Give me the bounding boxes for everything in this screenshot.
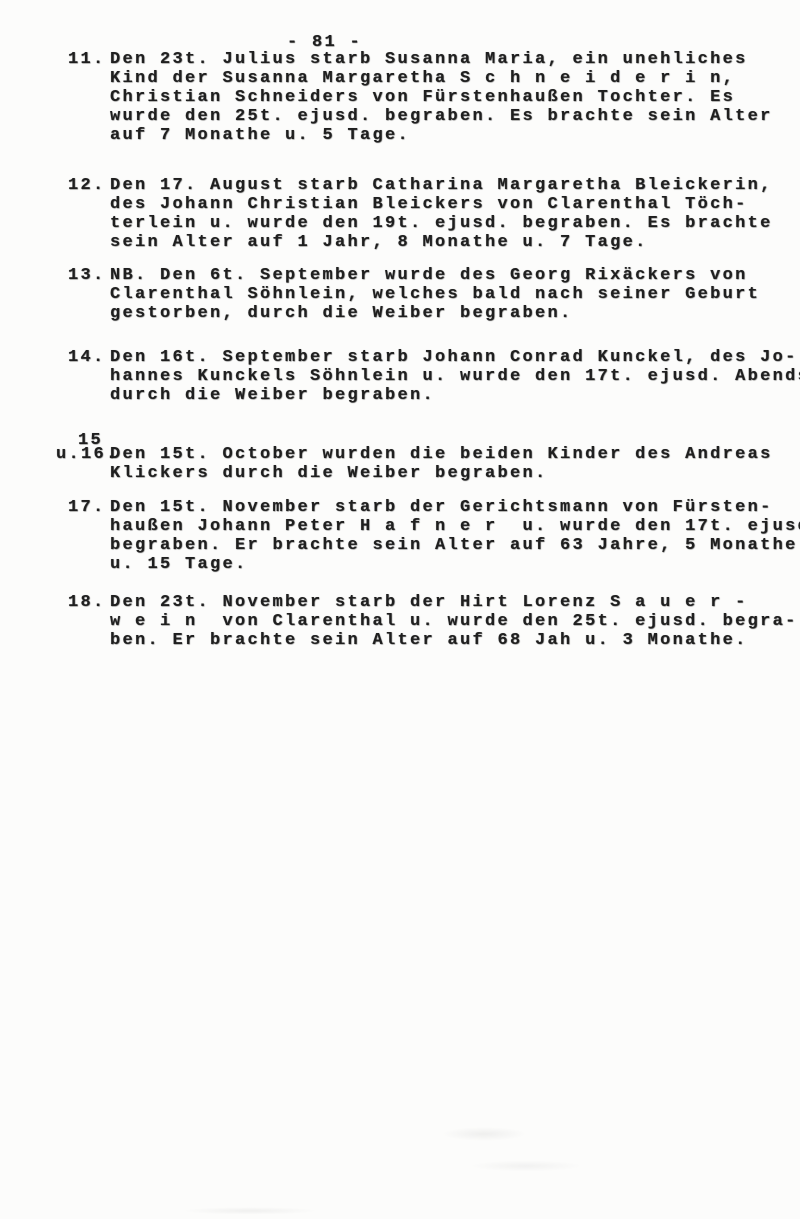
record-entry: 13.NB. Den 6t. September wurde des Georg… bbox=[68, 266, 768, 323]
entry-number-label: 11. bbox=[68, 50, 106, 69]
entry-text-line: des Johann Christian Bleickers von Clare… bbox=[110, 195, 773, 214]
entry-text: Den 15t. October wurden die beiden Kinde… bbox=[110, 445, 773, 483]
entry-text-line: Kind der Susanna Margaretha S c h n e i … bbox=[110, 69, 773, 88]
entry-text-line: Den 15t. October wurden die beiden Kinde… bbox=[110, 445, 773, 464]
entry-number: 13. bbox=[68, 266, 110, 285]
entry-number: 18. bbox=[68, 593, 110, 612]
scan-noise bbox=[120, 1200, 380, 1218]
record-entry: 12.Den 17. August starb Catharina Margar… bbox=[68, 176, 768, 252]
entry-text-line: haußen Johann Peter H a f n e r u. wurde… bbox=[110, 517, 800, 536]
entry-number-label: 12. bbox=[68, 176, 106, 195]
entry-number-label: 13. bbox=[68, 266, 106, 285]
entry-text-line: Den 15t. November starb der Gerichtsmann… bbox=[110, 498, 800, 517]
entry-text-line: wurde den 25t. ejusd. begraben. Es brach… bbox=[110, 107, 773, 126]
entry-text-line: Klickers durch die Weiber begraben. bbox=[110, 464, 773, 483]
entry-text-line: w e i n von Clarenthal u. wurde den 25t.… bbox=[110, 612, 798, 631]
entry-text-line: durch die Weiber begraben. bbox=[110, 386, 800, 405]
scan-noise bbox=[400, 1110, 610, 1190]
entry-text-line: hannes Kunckels Söhnlein u. wurde den 17… bbox=[110, 367, 800, 386]
entry-number-label: 14. bbox=[68, 348, 106, 367]
record-entry: 17.Den 15t. November starb der Gerichtsm… bbox=[68, 498, 768, 574]
entry-text-line: ben. Er brachte sein Alter auf 68 Jah u.… bbox=[110, 631, 798, 650]
entry-text-line: gestorben, durch die Weiber begraben. bbox=[110, 304, 768, 323]
record-entry: 18.Den 23t. November starb der Hirt Lore… bbox=[68, 593, 768, 650]
entry-text-line: auf 7 Monathe u. 5 Tage. bbox=[110, 126, 773, 145]
entry-number: 12. bbox=[68, 176, 110, 195]
entry-text-line: Den 23t. November starb der Hirt Lorenz … bbox=[110, 593, 798, 612]
record-entry: 15u.16.Den 15t. October wurden die beide… bbox=[68, 445, 768, 483]
entry-text: NB. Den 6t. September wurde des Georg Ri… bbox=[110, 266, 768, 323]
entry-text-line: sein Alter auf 1 Jahr, 8 Monathe u. 7 Ta… bbox=[110, 233, 773, 252]
entry-number: 11. bbox=[68, 50, 110, 69]
entry-text-line: u. 15 Tage. bbox=[110, 555, 800, 574]
entry-text-line: terlein u. wurde den 19t. ejusd. begrabe… bbox=[110, 214, 773, 233]
entry-text-line: Den 23t. Julius starb Susanna Maria, ein… bbox=[110, 50, 773, 69]
entry-text-line: Christian Schneiders von Fürstenhaußen T… bbox=[110, 88, 773, 107]
document-page: - 81 - 11.Den 23t. Julius starb Susanna … bbox=[0, 0, 800, 1219]
entry-text: Den 23t. Julius starb Susanna Maria, ein… bbox=[110, 50, 773, 145]
entry-text: Den 17. August starb Catharina Margareth… bbox=[110, 176, 773, 252]
record-entry: 11.Den 23t. Julius starb Susanna Maria, … bbox=[68, 50, 768, 145]
entry-text-line: Clarenthal Söhnlein, welches bald nach s… bbox=[110, 285, 768, 304]
entry-text-line: NB. Den 6t. September wurde des Georg Ri… bbox=[110, 266, 768, 285]
record-entry: 14.Den 16t. September starb Johann Conra… bbox=[68, 348, 768, 405]
entry-text-line: begraben. Er brachte sein Alter auf 63 J… bbox=[110, 536, 800, 555]
entry-number-label: 17. bbox=[68, 498, 106, 517]
entry-text: Den 16t. September starb Johann Conrad K… bbox=[110, 348, 800, 405]
entry-number: 17. bbox=[68, 498, 110, 517]
entry-number: 14. bbox=[68, 348, 110, 367]
burial-register-entries: 11.Den 23t. Julius starb Susanna Maria, … bbox=[68, 50, 768, 650]
entry-text: Den 23t. November starb der Hirt Lorenz … bbox=[110, 593, 798, 650]
entry-text: Den 15t. November starb der Gerichtsmann… bbox=[110, 498, 800, 574]
entry-text-line: Den 17. August starb Catharina Margareth… bbox=[110, 176, 773, 195]
entry-text-line: Den 16t. September starb Johann Conrad K… bbox=[110, 348, 800, 367]
entry-number-label: u.16. bbox=[56, 445, 119, 464]
entry-number-label: 18. bbox=[68, 593, 106, 612]
